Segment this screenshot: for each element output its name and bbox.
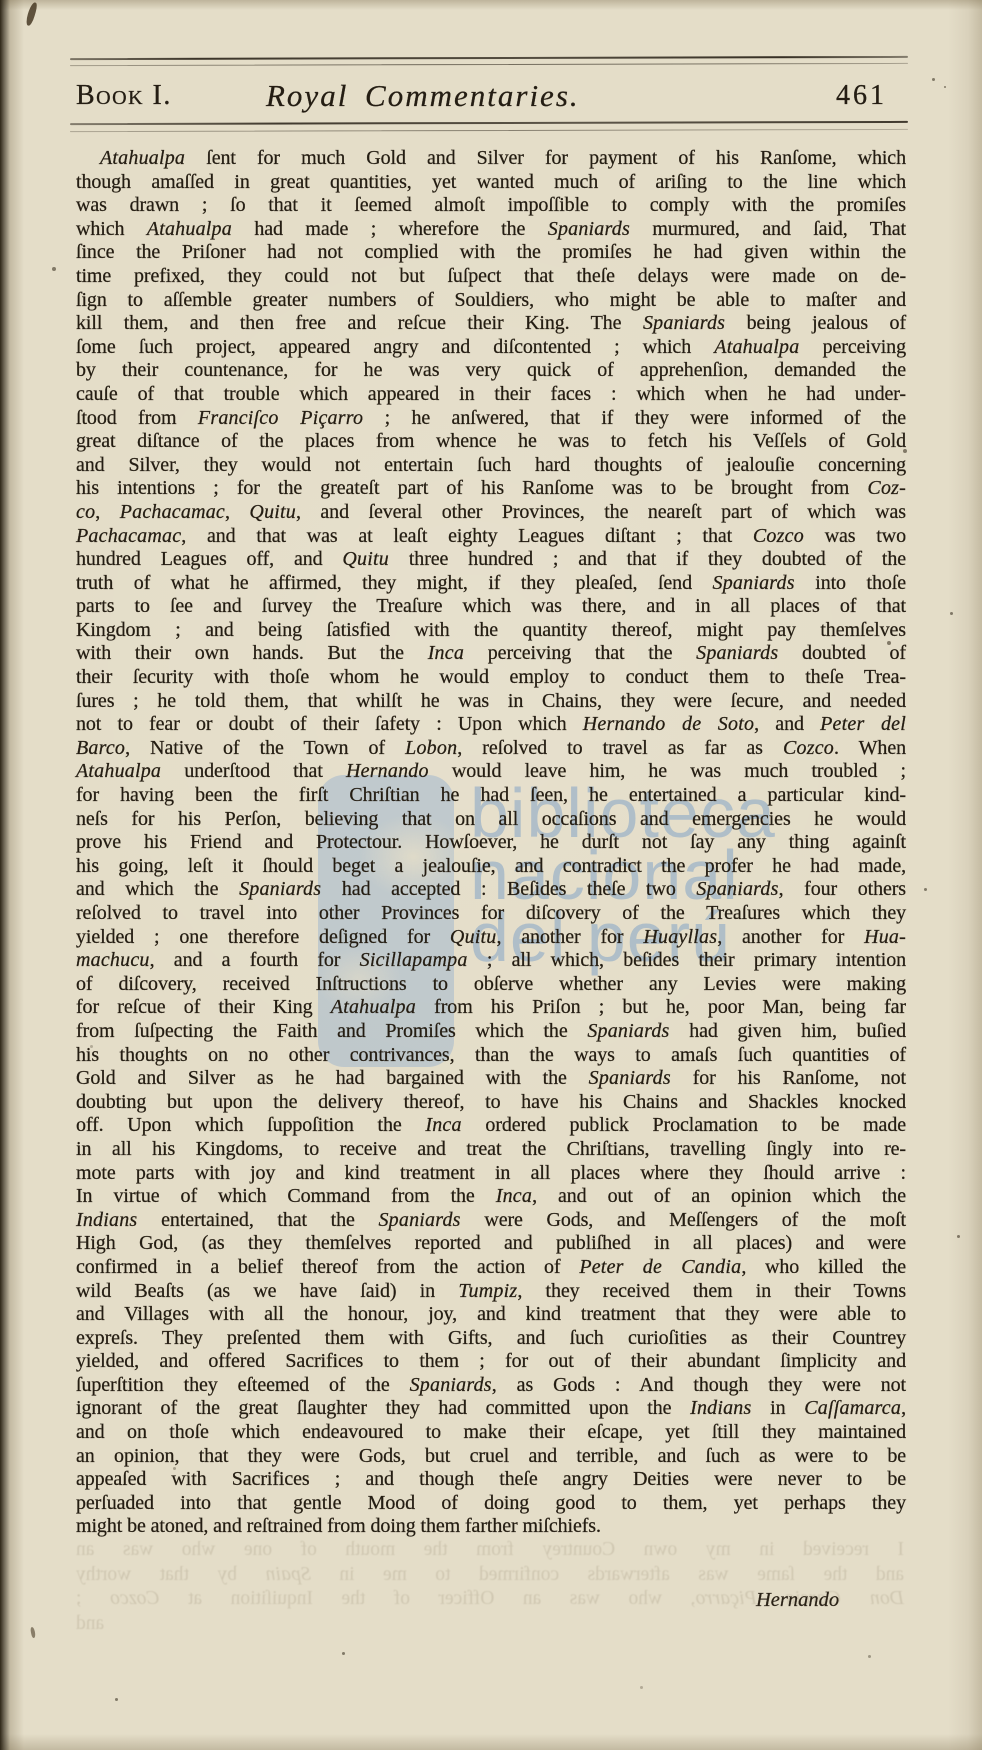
book-label: Book I.	[76, 80, 172, 112]
paper-speck	[924, 888, 927, 891]
paper-speck	[957, 1235, 960, 1238]
paper-speck	[90, 1045, 93, 1048]
body-line: neſs for his Perſon, believing that on a…	[76, 808, 906, 832]
body-line: Atahualpa ſent for much Gold and Silver …	[76, 147, 906, 171]
body-line: expreſs. They preſented them with Gifts,…	[76, 1327, 906, 1351]
verso-showthrough: I received in my own Countrey from the m…	[76, 1538, 904, 1636]
body-line: yielded ; one therefore deſigned for Qui…	[76, 926, 906, 950]
paper-speck	[887, 641, 891, 645]
paper-speck	[868, 1655, 871, 1658]
body-line: ſtood from Franciſco Piçarro ; he anſwer…	[76, 407, 906, 431]
body-line: of diſcovery, received Inſtructions to o…	[76, 973, 906, 997]
body-line: kill them, and then free and reſcue thei…	[76, 312, 906, 336]
body-line: and which the Spaniards had accepted : B…	[76, 878, 906, 902]
paper-speck	[932, 78, 935, 81]
body-line: Indians entertained, that the Spaniards …	[76, 1209, 906, 1233]
body-line: yielded, and offered Sacrifices to them …	[76, 1350, 906, 1374]
paper-speck	[342, 1652, 345, 1655]
body-line: mote parts with joy and kind treatment i…	[76, 1162, 906, 1186]
body-line: for reſcue of their King Atahualpa from …	[76, 996, 906, 1020]
body-line: and Villages with all the honour, joy, a…	[76, 1303, 906, 1327]
body-line: his thoughts on no other contrivances, t…	[76, 1044, 906, 1068]
body-line: Gold and Silver as he had bargained with…	[76, 1067, 906, 1091]
body-line: in all his Kingdoms, to receive and trea…	[76, 1138, 906, 1162]
body-line: was drawn ; ſo that it ſeemed almoſt imp…	[76, 194, 906, 218]
body-line: Kingdom ; and being ſatisfied with the q…	[76, 619, 906, 643]
ink-smudge	[30, 1627, 36, 1639]
catchword: Hernando	[756, 1589, 839, 1612]
showthrough-line: and	[76, 1612, 904, 1637]
showthrough-line: and the ſame was afterwards confirmed to…	[76, 1563, 904, 1588]
body-line: ſign to aſſemble greater numbers of Soul…	[76, 289, 906, 313]
body-line: an opinion, that they were Gods, but cru…	[76, 1445, 906, 1469]
body-line: which Atahualpa had made ; wherefore the…	[76, 218, 906, 242]
body-line: might be atoned, and reſtrained from doi…	[76, 1515, 906, 1539]
body-line: doubting but upon the delivery thereof, …	[76, 1091, 906, 1115]
body-line: time prefixed, they could not but ſuſpec…	[76, 265, 906, 289]
body-line: his intentions ; for the greateſt part o…	[76, 477, 906, 501]
body-line: ſince the Priſoner had not complied with…	[76, 241, 906, 265]
book-page: Book I. Royal Commentaries. 461 bibliote…	[0, 0, 982, 1750]
body-line: from ſuſpecting the Faith and Promiſes w…	[76, 1020, 906, 1044]
body-line: co, Pachacamac, Quitu, and ſeveral other…	[76, 501, 906, 525]
paper-speck	[173, 1467, 176, 1470]
body-line: Atahualpa underſtood that Hernando would…	[76, 760, 906, 784]
body-line: Barco, Native of the Town of Lobon, reſo…	[76, 737, 906, 761]
body-line: In virtue of which Command from the Inca…	[76, 1185, 906, 1209]
body-line: ignorant of the great ſlaughter they had…	[76, 1397, 906, 1421]
body-line: their ſecurity with thoſe whom he would …	[76, 666, 906, 690]
body-text: Atahualpa ſent for much Gold and Silver …	[76, 147, 906, 1539]
body-line: off. Upon which ſuppoſition the Inca ord…	[76, 1114, 906, 1138]
body-line: and on thoſe which endeavoured to make t…	[76, 1421, 906, 1445]
body-line: for having been the firſt Chriſtian he h…	[76, 784, 906, 808]
paper-speck	[950, 612, 953, 615]
paper-speck	[52, 267, 56, 271]
body-line: ſuperſtition they eſteemed of the Spania…	[76, 1374, 906, 1398]
showthrough-line: I received in my own Countrey from the m…	[76, 1538, 904, 1563]
body-line: by their countenance, for he was very qu…	[76, 359, 906, 383]
body-line: great diſtance of the places from whence…	[76, 430, 906, 454]
page-number: 461	[836, 80, 887, 112]
body-line: Pachacamac, and that was at leaſt eighty…	[76, 525, 906, 549]
body-line: confirmed in a belief thereof from the a…	[76, 1256, 906, 1280]
paper-speck	[903, 449, 907, 453]
body-line: reſolved to travel into other Provinces …	[76, 902, 906, 926]
body-line: hundred Leagues off, and Quitu three hun…	[76, 548, 906, 572]
body-line: though amaſſed in great quantities, yet …	[76, 171, 906, 195]
body-line: his going, leſt it ſhould beget a jealou…	[76, 855, 906, 879]
body-line: and Silver, they would not entertain ſuc…	[76, 454, 906, 478]
paper-speck	[640, 1686, 643, 1689]
body-line: ſome ſuch project, appeared angry and di…	[76, 336, 906, 360]
body-line: appeaſed with Sacrifices ; and though th…	[76, 1468, 906, 1492]
body-line: parts to ſee and ſurvey the Treaſure whi…	[76, 595, 906, 619]
paper-speck	[944, 86, 946, 88]
running-header: Book I. Royal Commentaries. 461	[0, 0, 982, 140]
body-line: with their own hands. But the Inca perce…	[76, 642, 906, 666]
body-line: machucu, and a fourth for Sicillapampa ;…	[76, 949, 906, 973]
body-line: cauſe of that trouble which appeared in …	[76, 383, 906, 407]
body-line: ſures ; he told them, that whilſt he was…	[76, 690, 906, 714]
body-line: perſuaded into that gentle Mood of doing…	[76, 1492, 906, 1516]
body-line: High God, (as they themſelves reported a…	[76, 1232, 906, 1256]
paper-speck	[115, 1698, 118, 1701]
body-line: not to fear or doubt of their ſafety : U…	[76, 713, 906, 737]
body-line: wild Beaſts (as we have ſaid) in Tumpiz,…	[76, 1280, 906, 1304]
body-line: prove his Friend and Protectour. Howſoev…	[76, 831, 906, 855]
page-title: Royal Commentaries.	[266, 78, 580, 114]
body-line: truth of what he affirmed, they might, i…	[76, 572, 906, 596]
